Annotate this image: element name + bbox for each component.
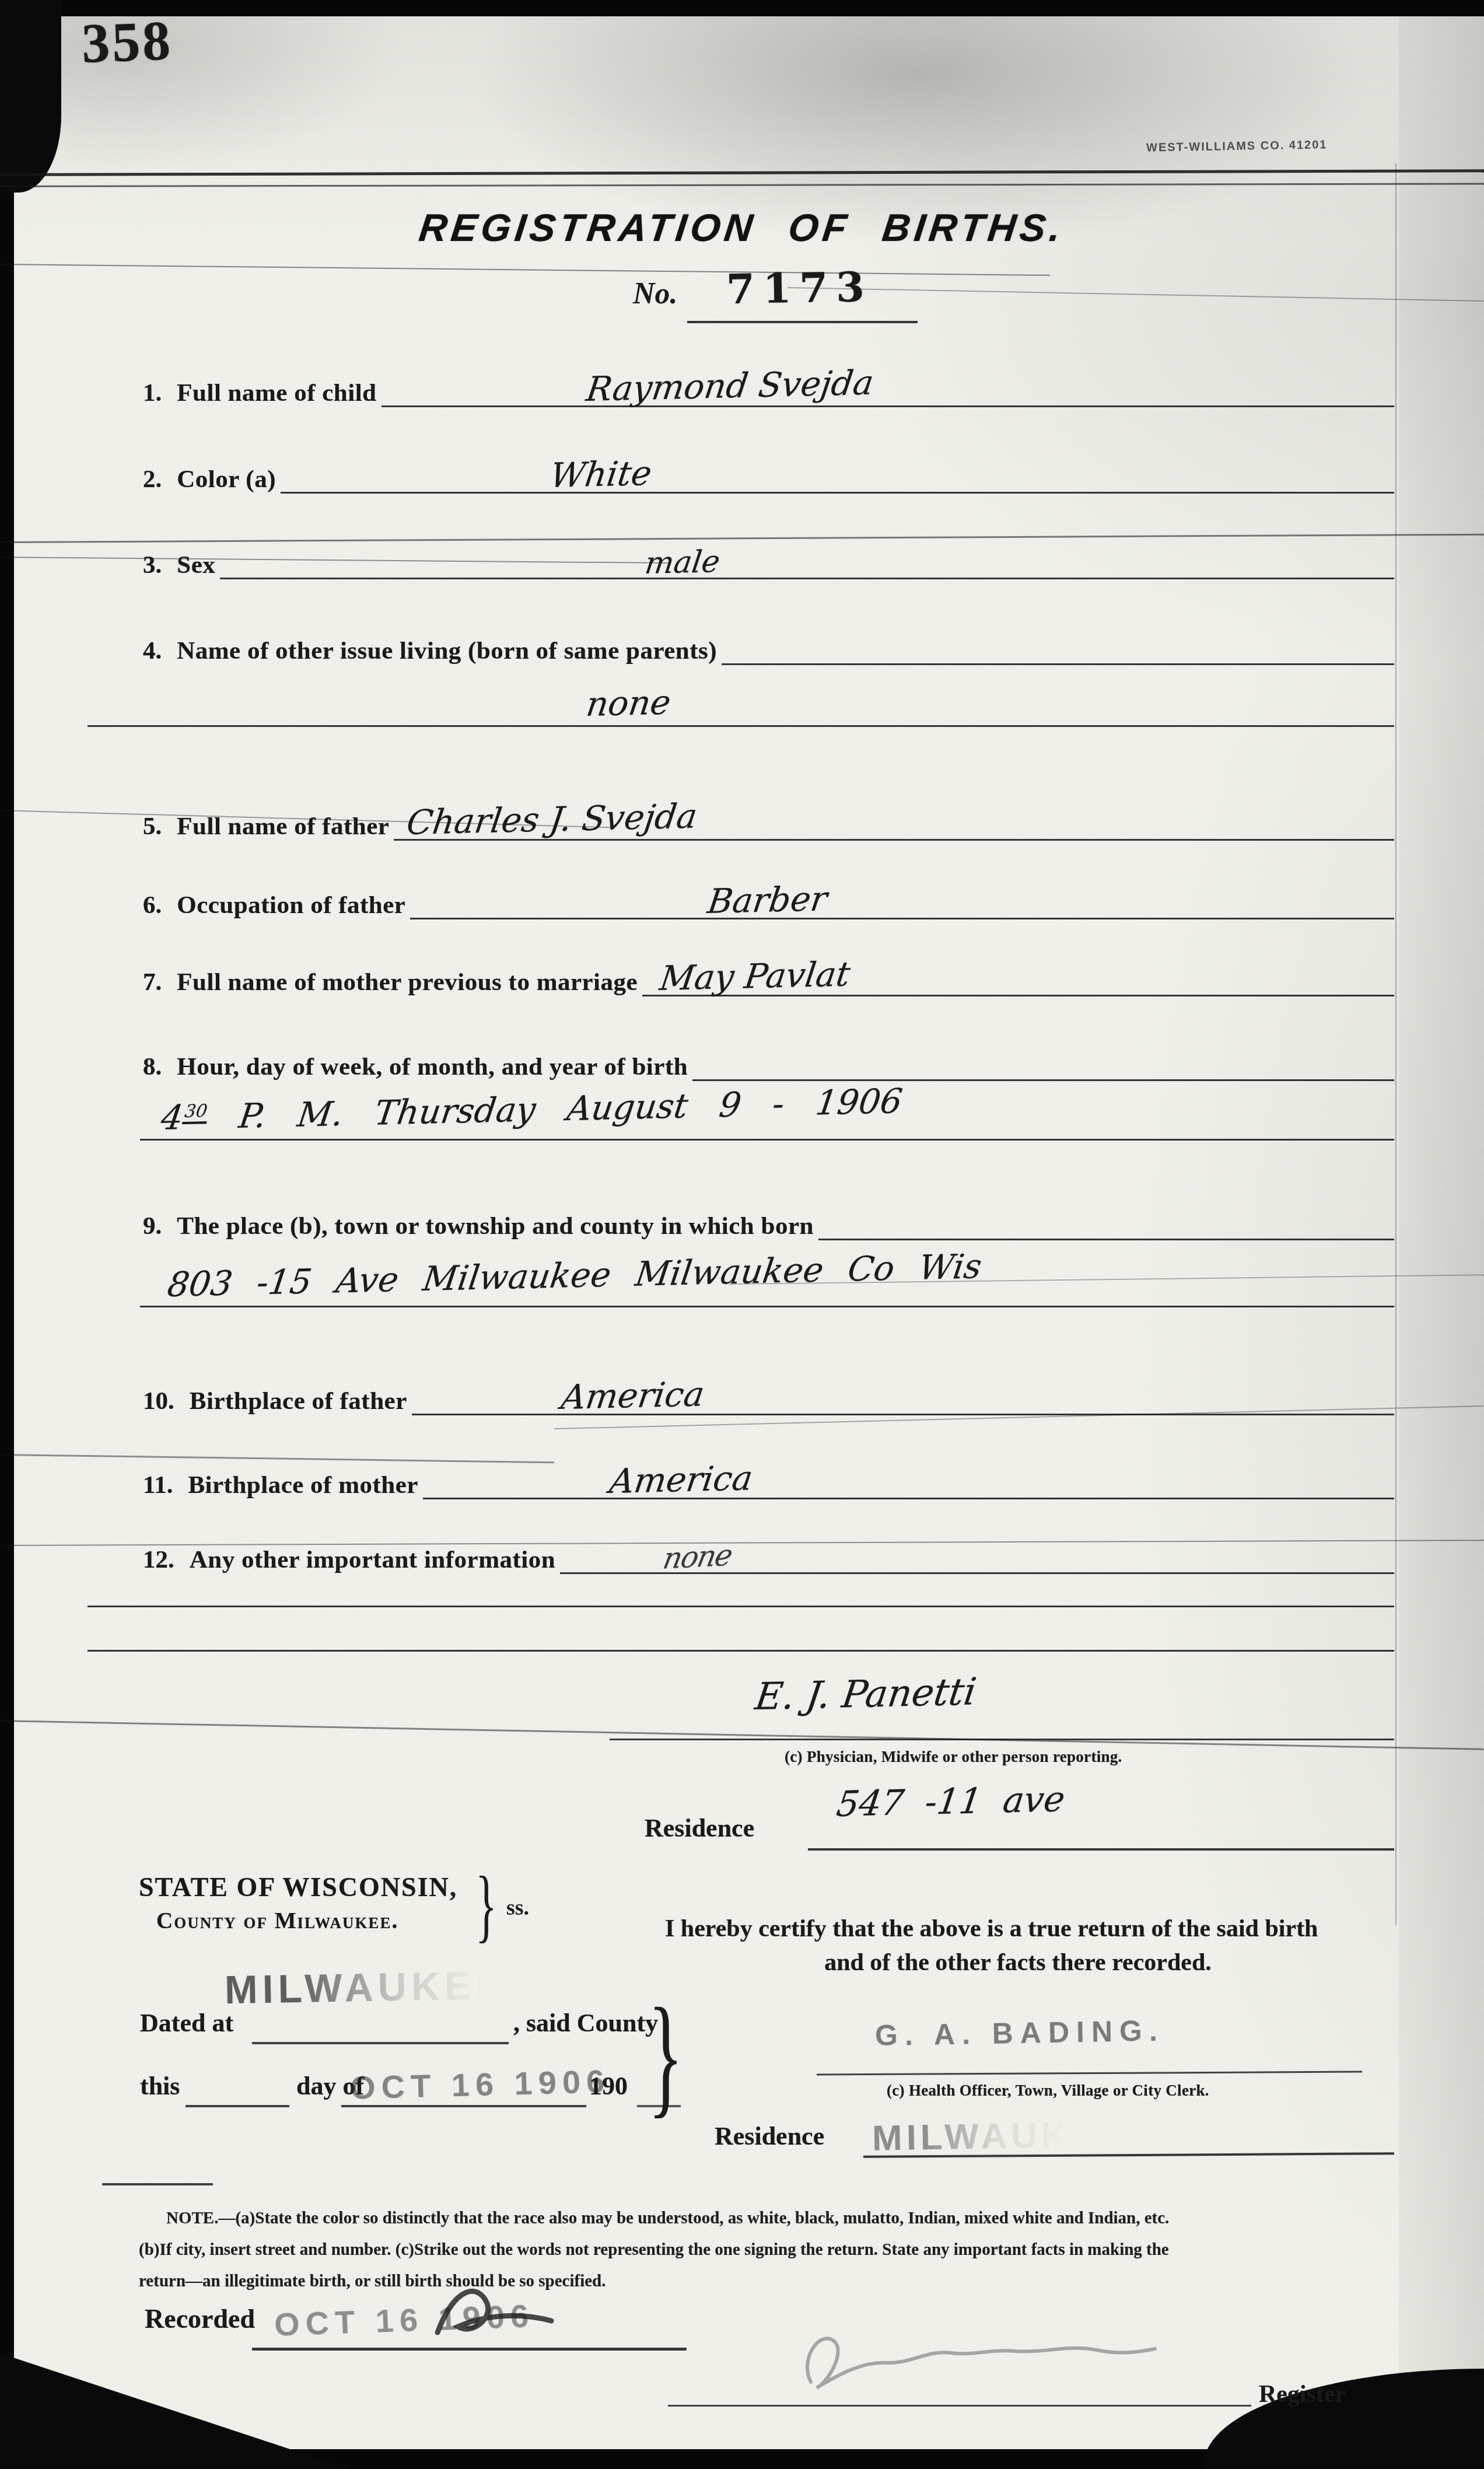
field-father-name: 5. Full name of father Charles J. Svejda	[143, 807, 1394, 841]
scan-edge-left	[0, 0, 14, 2469]
write-in-line: Barber	[410, 884, 1394, 919]
recorded-label: Recorded	[145, 2303, 255, 2334]
record-number-value: 7173	[726, 263, 873, 313]
field-number: 11.	[143, 1471, 173, 1499]
page-edge-line	[1395, 163, 1396, 1925]
field-number: 2.	[143, 465, 162, 494]
blank-ruled-line	[87, 1650, 1394, 1652]
physician-signature: E. J. Panetti	[752, 1670, 979, 1719]
write-in-line	[722, 630, 1394, 665]
this-label: this	[140, 2071, 180, 2101]
field-number: 8.	[143, 1052, 162, 1081]
field-number: 5.	[143, 812, 162, 841]
residence-label: Residence	[645, 1813, 754, 1843]
field-label: Hour, day of week, of month, and year of…	[177, 1052, 688, 1081]
said-county-label: , said County	[513, 2008, 658, 2038]
field-label: Name of other issue living (born of same…	[177, 637, 717, 665]
field-number: 1.	[143, 379, 162, 407]
field-other-information: 12. Any other important information none	[143, 1540, 1394, 1574]
dated-at-label: Dated at	[140, 2008, 233, 2038]
field-label: Occupation of father	[177, 891, 405, 919]
field-number: 12.	[143, 1545, 174, 1574]
handwritten-value: Raymond Svejda	[584, 363, 876, 409]
field-number: 10.	[143, 1387, 174, 1415]
field-color: 2. Color (a) White	[143, 460, 1394, 494]
record-number-underline	[687, 321, 918, 323]
field-number: 9.	[143, 1212, 162, 1240]
signature-line	[610, 1739, 1394, 1740]
county-line: County of Milwaukee.	[156, 1908, 398, 1934]
physician-caption: (c) Physician, Midwife or other person r…	[785, 1748, 1122, 1766]
answer-line: 430 P. M. Thursday August 9 - 1906	[140, 1139, 1394, 1141]
field-mother-maiden-name: 7. Full name of mother previous to marri…	[143, 963, 1394, 996]
note-line1: NOTE.—(a)State the color so distinctly t…	[166, 2209, 1169, 2228]
handwritten-value: White	[548, 453, 654, 495]
year-prefix-label: 190	[589, 2071, 628, 2101]
dated-at-line	[252, 2042, 509, 2044]
milwaukee-stamp-faded: MILWAUKEE	[871, 2113, 1128, 2159]
register-signature-line	[668, 2405, 1251, 2407]
document-title: REGISTRATION OF BIRTHS.	[416, 205, 1067, 250]
field-label: Full name of father	[177, 812, 389, 841]
write-in-line	[692, 1045, 1394, 1081]
group-brace: }	[648, 1988, 684, 2122]
field-label: Birthplace of father	[190, 1387, 407, 1415]
field-number: 6.	[143, 891, 162, 919]
field-label: Color (a)	[177, 465, 276, 494]
field-sex: 3. Sex male	[143, 545, 1394, 579]
page-number: 358	[80, 8, 174, 75]
note-divider	[102, 2183, 213, 2185]
write-in-line: America	[423, 1464, 1394, 1499]
health-officer-stamp: G. A. BADING.	[875, 2014, 1165, 2053]
note-line2: (b)If city, insert street and number. (c…	[139, 2240, 1169, 2260]
date-blank-line	[341, 2105, 586, 2107]
state-line: STATE OF WISCONSIN,	[139, 1872, 457, 1903]
field-full-name-of-child: 1. Full name of child Raymond Svejda	[143, 373, 1394, 407]
handwritten-value: May Pavlat	[657, 954, 853, 998]
scan-edge-top	[0, 0, 1484, 16]
field-father-occupation: 6. Occupation of father Barber	[143, 886, 1394, 919]
field-label: Full name of mother previous to marriage	[177, 968, 638, 996]
handwritten-value: none	[660, 1538, 734, 1576]
record-number-label: No.	[633, 277, 678, 311]
field-label: The place (b), town or township and coun…	[177, 1212, 814, 1240]
residence-handwritten-value: 547 -11 ave	[834, 1779, 1067, 1825]
write-in-line: Raymond Svejda	[381, 372, 1394, 407]
ss-label: ss.	[506, 1895, 529, 1921]
write-in-line: none	[560, 1538, 1394, 1574]
handwritten-value: male	[643, 544, 722, 581]
write-in-line: May Pavlat	[642, 961, 1394, 996]
handwritten-value: America	[607, 1458, 755, 1501]
this-blank-line	[185, 2105, 289, 2107]
field-label: Full name of child	[177, 379, 376, 407]
field-label: Any other important information	[190, 1545, 555, 1574]
year-blank-line	[637, 2105, 681, 2107]
ss-brace: }	[475, 1865, 497, 1946]
answer-line: 803 -15 Ave Milwaukee Milwaukee Co Wis	[140, 1306, 1394, 1307]
field-mother-birthplace: 11. Birthplace of mother America	[143, 1466, 1394, 1499]
residence-label: Residence	[715, 2121, 824, 2151]
register-signature	[793, 2327, 1190, 2397]
field-number: 4.	[143, 637, 162, 665]
field-label: Birthplace of mother	[188, 1471, 418, 1499]
handwritten-value: none	[584, 683, 673, 724]
officer-caption: (c) Health Officer, Town, Village or Cit…	[887, 2082, 1209, 2100]
certify-text-line2: and of the other facts there recorded.	[665, 1949, 1371, 1977]
field-birth-datetime: 8. Hour, day of week, of month, and year…	[143, 1047, 1394, 1081]
certify-text-line1: I hereby certify that the above is a tru…	[665, 1915, 1318, 1943]
write-in-line	[818, 1205, 1394, 1240]
field-birth-place: 9. The place (b), town or township and c…	[143, 1206, 1394, 1240]
register-label: Register	[1259, 2380, 1346, 2408]
write-in-line: White	[281, 458, 1394, 494]
write-in-line: Charles J. Svejda	[394, 805, 1394, 841]
field-label: Sex	[177, 551, 215, 579]
field-number: 3.	[143, 551, 162, 579]
date-stamp: OCT 16 1906	[349, 2062, 611, 2107]
answer-line: none	[87, 725, 1394, 727]
handwritten-value: Charles J. Svejda	[404, 796, 699, 842]
scanned-birth-registration-document: 358 WEST-WILLIAMS CO. 41201 REGISTRATION…	[0, 0, 1484, 2469]
birth-hour: 4	[159, 1097, 185, 1138]
field-father-birthplace: 10. Birthplace of father America	[143, 1382, 1394, 1415]
residence-line	[808, 1848, 1394, 1851]
handwritten-value: Barber	[705, 879, 829, 921]
field-other-issue-living: 4. Name of other issue living (born of s…	[143, 631, 1394, 665]
write-in-line: male	[220, 544, 1394, 579]
handwritten-value: America	[559, 1374, 707, 1417]
recorded-line	[252, 2348, 687, 2351]
ink-scrawl	[432, 2280, 560, 2344]
birth-minutes: 30	[182, 1101, 210, 1124]
field-number: 7.	[143, 968, 162, 996]
milwaukee-stamp: MILWAUKEE	[224, 1963, 507, 2013]
write-in-line: America	[412, 1380, 1394, 1415]
scan-right-shade	[1399, 16, 1484, 2449]
blank-ruled-line	[87, 1606, 1394, 1607]
